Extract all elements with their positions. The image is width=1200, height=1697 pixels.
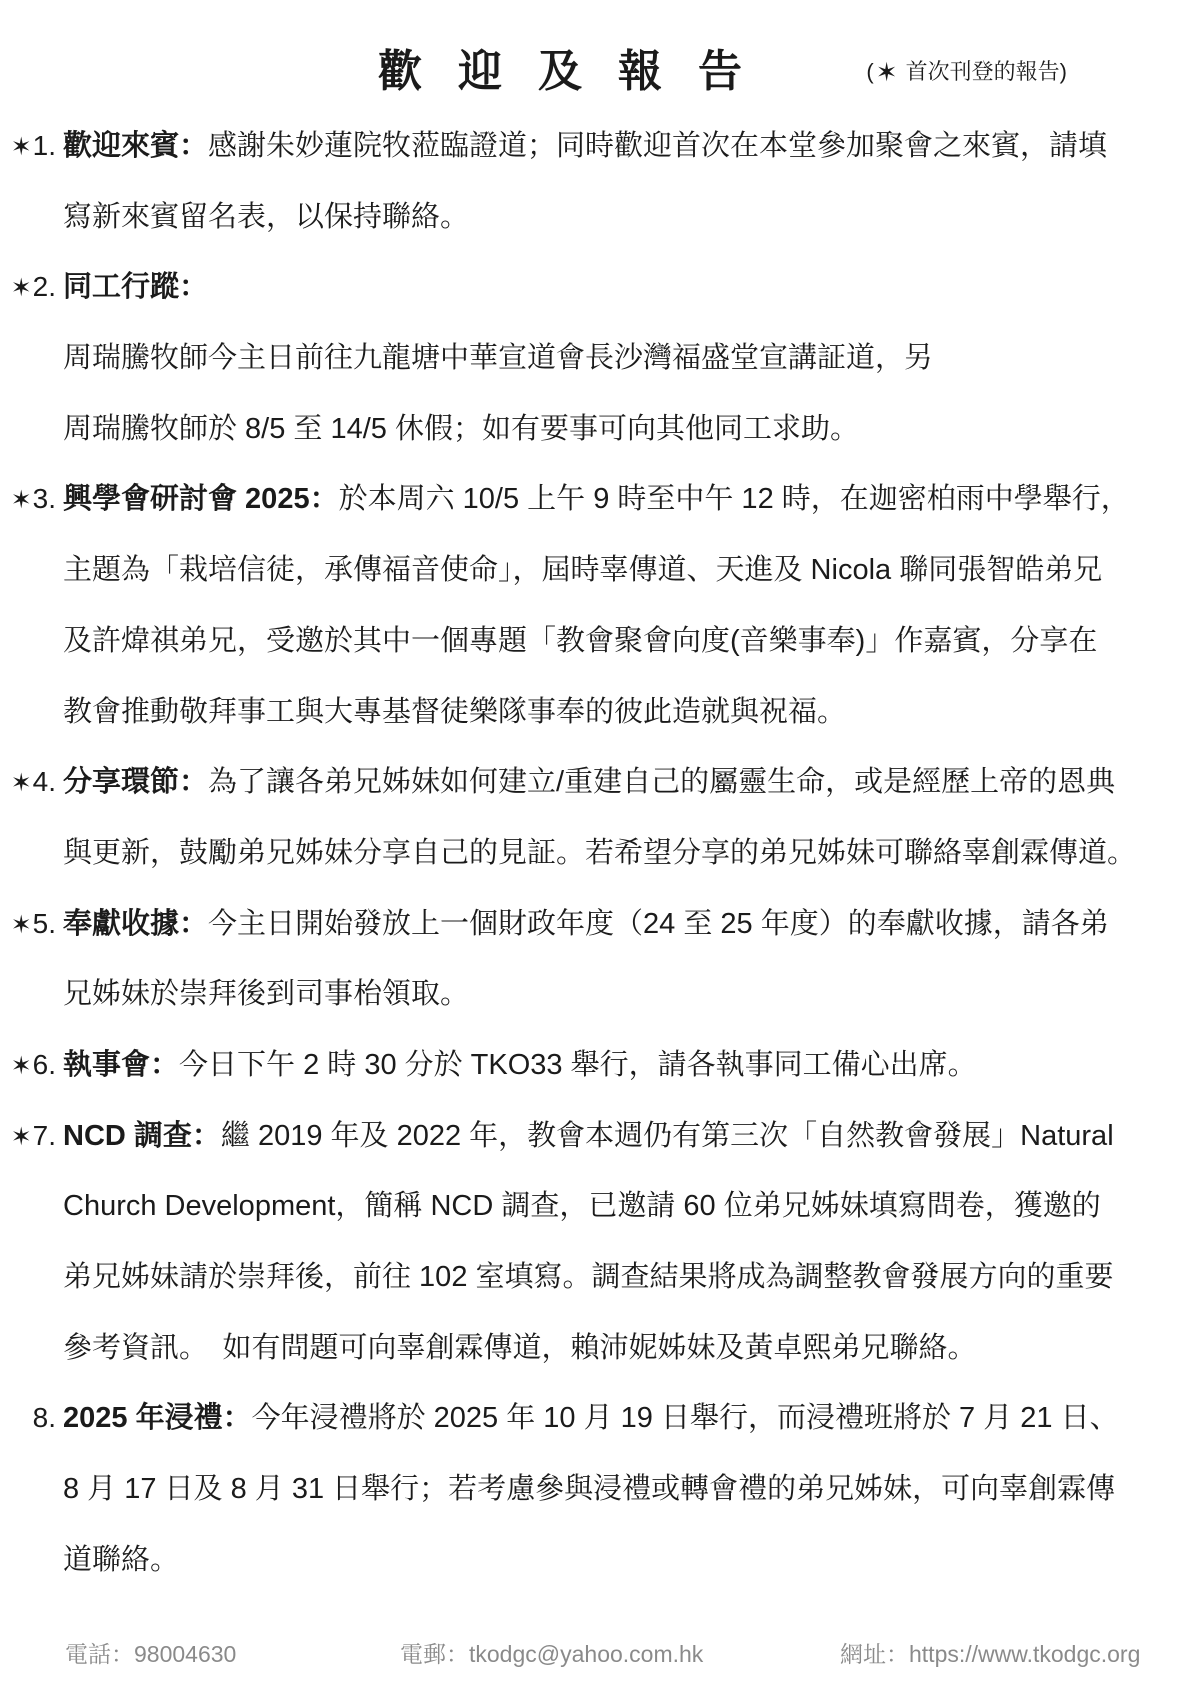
report-item: ✶2. 同工行蹤： 周瑞騰牧師今主日前往九龍塘中華宣道會長沙灣福盛堂宣講証道，另… xyxy=(0,252,1200,464)
footer-website: 網址：https://www.tkodgc.org xyxy=(840,1634,1140,1674)
item-first-line: 執事會：今日下午 2 時 30 分於 TKO33 舉行，請各執事同工備心出席。 xyxy=(63,1030,1200,1101)
report-item: ✶1. 歡迎來賓：感謝朱妙蓮院牧蒞臨證道；同時歡迎首次在本堂參加聚會之來賓，請填… xyxy=(0,111,1200,252)
item-first-line-text: 繼 2019 年及 2022 年，教會本週仍有第三次「自然教會發展」Natura… xyxy=(221,1120,1114,1152)
page-header: 歡迎及報告 (✶ 首次刊登的報告) xyxy=(0,46,1200,98)
item-number: 2. xyxy=(33,271,56,302)
email-label: 電郵： xyxy=(400,1641,469,1667)
item-line: 周瑞騰牧師於 8/5 至 14/5 休假；如有要事可向其他同工求助。 xyxy=(63,394,1200,465)
item-first-line: 興學會研討會 2025：於本周六 10/5 上午 9 時至中午 12 時，在迦密… xyxy=(63,464,1200,535)
item-label: 執事會： xyxy=(63,1049,179,1081)
item-number: 1. xyxy=(33,130,56,161)
website-value: https://www.tkodgc.org xyxy=(909,1641,1140,1667)
item-number: 7. xyxy=(33,1120,56,1151)
footer-email: 電郵：tkodgc@yahoo.com.hk xyxy=(400,1634,840,1674)
phone-label: 電話： xyxy=(65,1641,134,1667)
item-first-line: NCD 調查：繼 2019 年及 2022 年，教會本週仍有第三次「自然教會發展… xyxy=(63,1101,1200,1172)
report-item: ✶7. NCD 調查：繼 2019 年及 2022 年，教會本週仍有第三次「自然… xyxy=(0,1101,1200,1384)
email-value: tkodgc@yahoo.com.hk xyxy=(469,1641,703,1667)
item-line: 教會推動敬拜事工與大專基督徒樂隊事奉的彼此造就與祝福。 xyxy=(63,677,1200,748)
first-publish-star-icon: ✶ xyxy=(11,1123,32,1151)
item-label: 興學會研討會 2025： xyxy=(63,483,339,515)
first-publish-star-icon: ✶ xyxy=(11,274,32,302)
report-list: ✶1. 歡迎來賓：感謝朱妙蓮院牧蒞臨證道；同時歡迎首次在本堂參加聚會之來賓，請填… xyxy=(0,111,1200,1595)
item-marker: 8. xyxy=(10,1383,56,1454)
footer-phone: 電話：98004630 xyxy=(65,1634,400,1674)
first-publish-note: (✶ 首次刊登的報告) xyxy=(866,57,1067,87)
item-marker: ✶5. xyxy=(10,889,56,960)
item-number: 5. xyxy=(33,908,56,939)
website-label: 網址： xyxy=(840,1641,909,1667)
item-label: 同工行蹤： xyxy=(63,271,208,303)
first-publish-star-icon: ✶ xyxy=(874,57,900,87)
report-item: ✶4. 分享環節：為了讓各弟兄姊妹如何建立/重建自己的屬靈生命，或是經歷上帝的恩… xyxy=(0,747,1200,888)
item-first-line-text: 感謝朱妙蓮院牧蒞臨證道；同時歡迎首次在本堂參加聚會之來賓，請填 xyxy=(208,130,1107,162)
item-number: 4. xyxy=(33,766,56,797)
report-item: 8. 2025 年浸禮：今年浸禮將於 2025 年 10 月 19 日舉行，而浸… xyxy=(0,1383,1200,1595)
item-first-line-text: 今年浸禮將於 2025 年 10 月 19 日舉行，而浸禮班將於 7 月 21 … xyxy=(252,1402,1119,1434)
item-line: 兄姊妹於崇拜後到司事枱領取。 xyxy=(63,959,1200,1030)
note-open-paren: ( xyxy=(866,59,873,84)
item-first-line: 2025 年浸禮：今年浸禮將於 2025 年 10 月 19 日舉行，而浸禮班將… xyxy=(63,1383,1200,1454)
item-first-line-text: 為了讓各弟兄姊妹如何建立/重建自己的屬靈生命，或是經歷上帝的恩典 xyxy=(208,766,1115,798)
item-line: 及許煒祺弟兄，受邀於其中一個專題「教會聚會向度(音樂事奉)」作嘉賓，分享在 xyxy=(63,606,1200,677)
item-label: NCD 調查： xyxy=(63,1120,221,1152)
item-first-line: 分享環節：為了讓各弟兄姊妹如何建立/重建自己的屬靈生命，或是經歷上帝的恩典 xyxy=(63,747,1200,818)
item-line: 弟兄姊妹請於崇拜後，前往 102 室填寫。調查結果將成為調整教會發展方向的重要 xyxy=(63,1242,1200,1313)
item-number: 3. xyxy=(33,483,56,514)
item-label: 分享環節： xyxy=(63,766,208,798)
item-marker: ✶6. xyxy=(10,1030,56,1101)
report-item: ✶6. 執事會：今日下午 2 時 30 分於 TKO33 舉行，請各執事同工備心… xyxy=(0,1030,1200,1101)
first-publish-star-icon: ✶ xyxy=(11,911,32,939)
item-line: 與更新，鼓勵弟兄姊妹分享自己的見証。若希望分享的弟兄姊妹可聯絡辜創霖傳道。 xyxy=(63,818,1200,889)
footer: 電話：98004630 電郵：tkodgc@yahoo.com.hk 網址：ht… xyxy=(0,1634,1200,1674)
item-marker: ✶7. xyxy=(10,1101,56,1172)
item-line: 周瑞騰牧師今主日前往九龍塘中華宣道會長沙灣福盛堂宣講証道，另 xyxy=(63,323,1200,394)
item-line: Church Development，簡稱 NCD 調查，已邀請 60 位弟兄姊… xyxy=(63,1171,1200,1242)
item-label: 2025 年浸禮： xyxy=(63,1402,252,1434)
item-first-line-text: 於本周六 10/5 上午 9 時至中午 12 時，在迦密柏雨中學舉行， xyxy=(339,483,1130,515)
first-publish-star-icon: ✶ xyxy=(11,769,32,797)
item-line: 道聯絡。 xyxy=(63,1525,1200,1596)
item-label: 歡迎來賓： xyxy=(63,130,208,162)
phone-value: 98004630 xyxy=(134,1641,236,1667)
item-first-line: 奉獻收據：今主日開始發放上一個財政年度（24 至 25 年度）的奉獻收據，請各弟 xyxy=(63,889,1200,960)
item-number: 6. xyxy=(33,1049,56,1080)
item-first-line-text: 今主日開始發放上一個財政年度（24 至 25 年度）的奉獻收據，請各弟 xyxy=(208,908,1109,940)
first-publish-star-icon: ✶ xyxy=(11,133,32,161)
item-label: 奉獻收據： xyxy=(63,908,208,940)
item-line: 寫新來賓留名表，以保持聯絡。 xyxy=(63,182,1200,253)
report-item: ✶5. 奉獻收據：今主日開始發放上一個財政年度（24 至 25 年度）的奉獻收據… xyxy=(0,889,1200,1030)
item-marker: ✶4. xyxy=(10,747,56,818)
item-line: 主題為「栽培信徒，承傳福音使命」，屆時辜傳道、天進及 Nicola 聯同張智皓弟… xyxy=(63,535,1200,606)
item-line: 參考資訊。 如有問題可向辜創霖傳道，賴沛妮姊妹及黃卓熙弟兄聯絡。 xyxy=(63,1313,1200,1384)
first-publish-star-icon: ✶ xyxy=(11,1052,32,1080)
item-marker: ✶3. xyxy=(10,464,56,535)
first-publish-star-icon: ✶ xyxy=(11,486,32,514)
item-first-line: 歡迎來賓：感謝朱妙蓮院牧蒞臨證道；同時歡迎首次在本堂參加聚會之來賓，請填 xyxy=(63,111,1200,182)
report-item: ✶3. 興學會研討會 2025：於本周六 10/5 上午 9 時至中午 12 時… xyxy=(0,464,1200,747)
item-line: 8 月 17 日及 8 月 31 日舉行；若考慮參與浸禮或轉會禮的弟兄姊妹，可向… xyxy=(63,1454,1200,1525)
item-marker: ✶2. xyxy=(10,252,56,323)
item-first-line-text: 今日下午 2 時 30 分於 TKO33 舉行，請各執事同工備心出席。 xyxy=(179,1049,977,1081)
item-marker: ✶1. xyxy=(10,111,56,182)
item-number: 8. xyxy=(33,1402,56,1433)
note-text: 首次刊登的報告) xyxy=(900,59,1067,84)
item-first-line: 同工行蹤： xyxy=(63,252,1200,323)
